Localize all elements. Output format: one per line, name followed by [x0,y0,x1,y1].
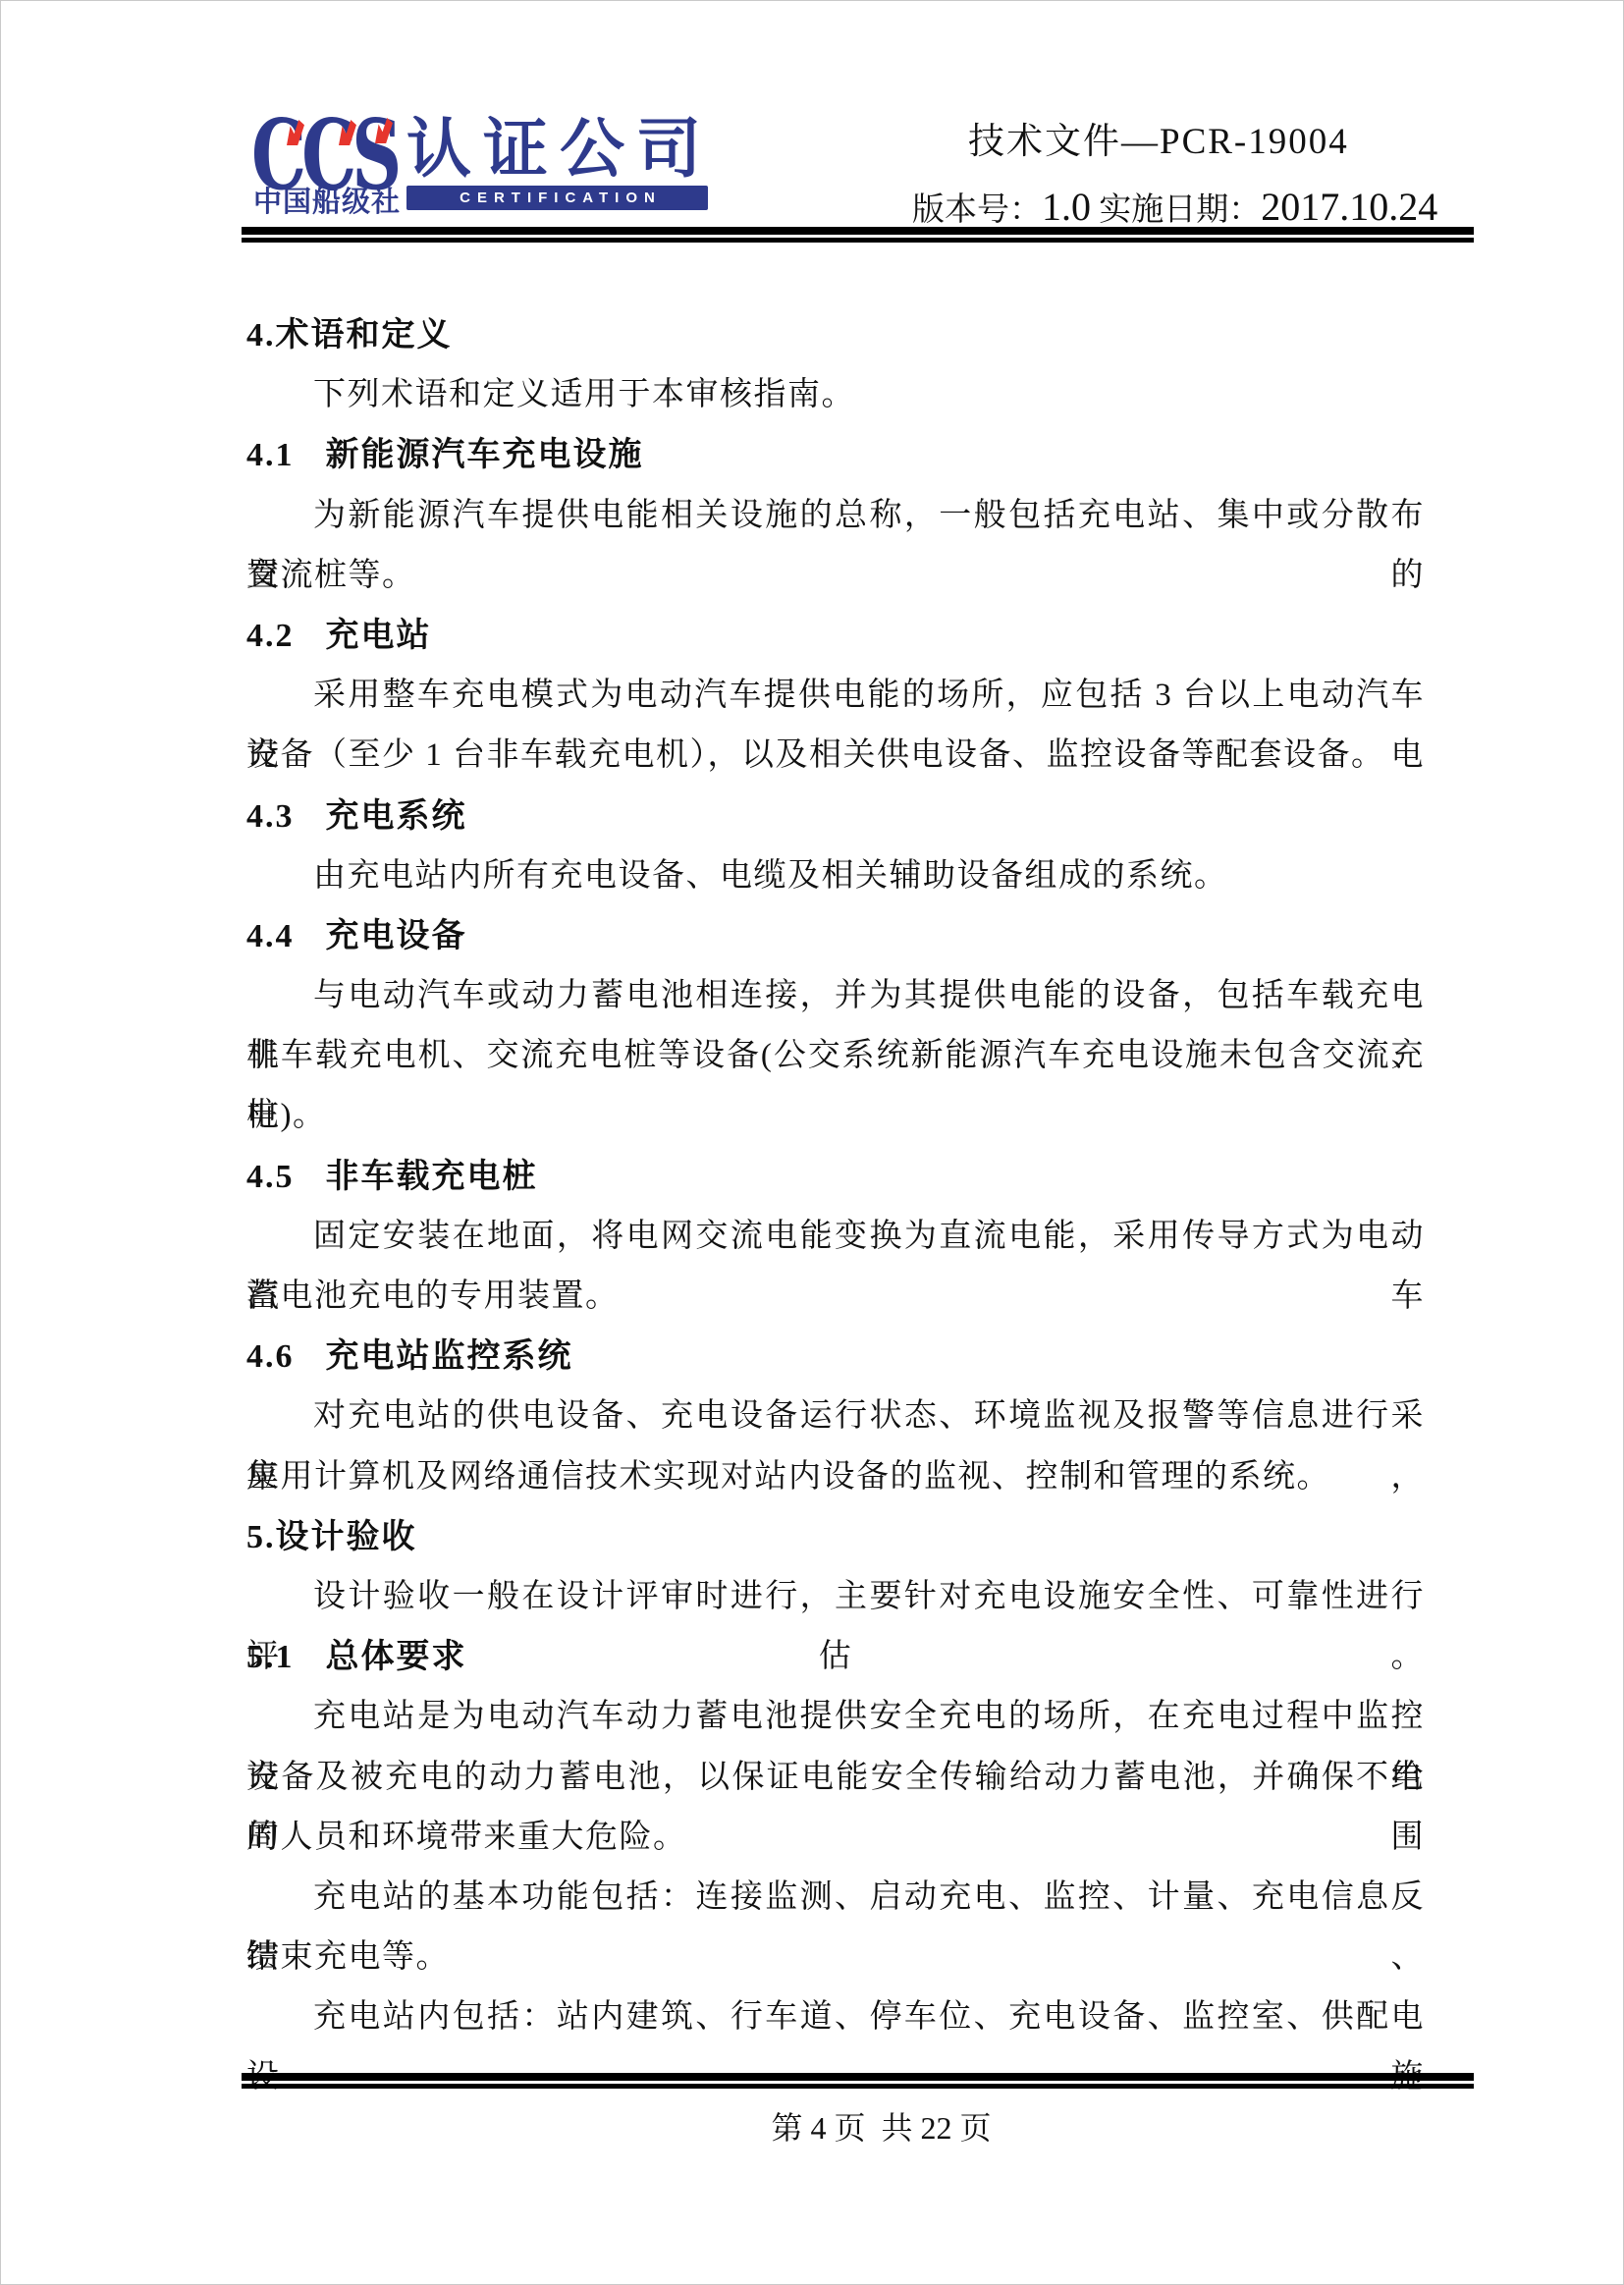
logo-certification-bar: CERTIFICATION [406,186,708,210]
paragraph-line: 设备及被充电的动力蓄电池，以保证电能安全传输给动力蓄电池，并确保不给周围 [246,1748,1425,1808]
section-heading: 5.设计验收 [246,1507,1425,1567]
paragraph-line: 为新能源汽车提供电能相关设施的总称，一般包括充电站、集中或分散布置的 [246,486,1425,546]
document-body: 4.术语和定义 下列术语和定义适用于本审核指南。 4.1新能源汽车充电设施 为新… [246,305,1425,2047]
subsection-heading: 4.2充电站 [246,606,1425,666]
subsection-title: 总体要求 [326,1639,467,1675]
date-label: 实施日期： [1091,192,1261,228]
subsection-heading: 4.6充电站监控系统 [246,1327,1425,1387]
paragraph-line: 对充电站的供电设备、充电设备运行状态、环境监视及报警等信息进行采集， [246,1387,1425,1446]
logo-certification-label: CERTIFICATION [453,190,662,206]
paragraph-line: 设备（至少 1 台非车载充电机），以及相关供电设备、监控设备等配套设备。 [246,726,1425,786]
paragraph-line: 由充电站内所有充电设备、电缆及相关辅助设备组成的系统。 [246,846,1425,906]
subsection-title: 充电站 [326,618,432,654]
paragraph-line: 采用整车充电模式为电动汽车提供电能的场所，应包括 3 台以上电动汽车充电 [246,666,1425,726]
subsection-number: 4.1 [246,437,295,473]
subsection-heading: 4.4充电设备 [246,906,1425,966]
paragraph-line: 充电站的基本功能包括：连接监测、启动充电、监控、计量、充电信息反馈、 [246,1868,1425,1928]
subsection-number: 4.6 [246,1338,295,1375]
footer-rule-bottom [242,2084,1474,2089]
subsection-title: 新能源汽车充电设施 [326,437,644,473]
subsection-heading: 4.3充电系统 [246,787,1425,846]
paragraph-line: 与电动汽车或动力蓄电池相连接，并为其提供电能的设备，包括车载充电机、 [246,966,1425,1026]
subsection-number: 4.3 [246,798,295,835]
subsection-number: 4.5 [246,1159,295,1195]
version-label: 版本号： [912,192,1042,228]
paragraph-line: 下列术语和定义适用于本审核指南。 [246,365,1425,425]
subsection-title: 非车载充电桩 [326,1159,538,1195]
subsection-heading: 4.1新能源汽车充电设施 [246,425,1425,485]
version-value: 1.0 [1042,185,1091,229]
paragraph-line: 非车载充电机、交流充电桩等设备(公交系统新能源汽车充电设施未包含交流充电 [246,1026,1425,1086]
subsection-number: 4.2 [246,618,295,654]
logo-society-name: 中国船级社 [253,189,401,217]
paragraph-line: 桩)。 [246,1086,1425,1146]
date-value: 2017.10.24 [1261,185,1437,229]
subsection-heading: 4.5非车载充电桩 [246,1147,1425,1207]
version-date-line: 版本号：1.0 实施日期：2017.10.24 [912,188,1437,231]
subsection-number: 4.4 [246,918,295,954]
doc-number-line: 技术文件—PCR-19004 [968,123,1349,163]
paragraph-line: 固定安装在地面，将电网交流电能变换为直流电能，采用传导方式为电动汽车 [246,1207,1425,1267]
subsection-title: 充电系统 [326,798,467,835]
subsection-number: 5.1 [246,1639,295,1675]
header-rule-bottom [242,238,1474,243]
footer-rule-top [242,2073,1474,2081]
paragraph-line: 设计验收一般在设计评审时进行，主要针对充电设施安全性、可靠性进行评估。 [246,1567,1425,1627]
subsection-title: 充电设备 [326,918,467,954]
paragraph-line: 应用计算机及网络通信技术实现对站内设备的监视、控制和管理的系统。 [246,1447,1425,1507]
document-page: CCS 认证公司 中国船级社 CERTIFICATION 技术文件—PCR-19… [0,0,1624,2285]
section-heading: 4.术语和定义 [246,305,1425,365]
ccs-logo: CCS 认证公司 中国船级社 CERTIFICATION [251,94,723,222]
paragraph-line: 充电站内包括：站内建筑、行车道、停车位、充电设备、监控室、供配电设施 [246,1987,1425,2047]
subsection-title: 充电站监控系统 [326,1338,573,1375]
logo-company-name: 认证公司 [406,116,713,181]
page-number: 第 4 页 共 22 页 [242,2108,1474,2149]
paragraph-line: 充电站是为电动汽车动力蓄电池提供安全充电的场所，在充电过程中监控充电 [246,1687,1425,1747]
header-rule-top [242,227,1474,235]
